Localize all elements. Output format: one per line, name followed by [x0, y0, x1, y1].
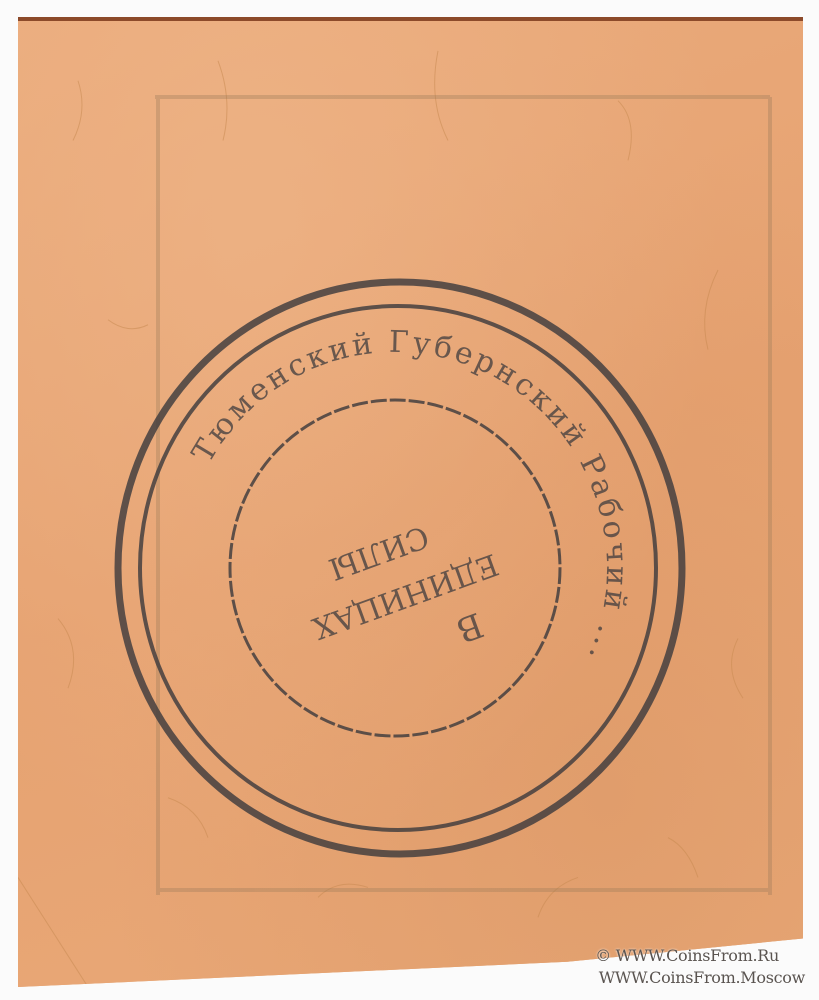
round-stamp — [118, 282, 682, 854]
watermark-line-2: WWW.CoinsFrom.Moscow — [599, 968, 805, 987]
watermark-line-1: © WWW.CoinsFrom.Ru — [595, 946, 779, 965]
stamp-text: Тюменский Губернский Рабочий ... В ЕДИНИ… — [185, 325, 634, 697]
stamp-line-1: В — [451, 604, 488, 650]
stamp-ring-text: Тюменский Губернский Рабочий ... — [185, 325, 634, 670]
svg-text:Тюменский Губернский Рабочий .: Тюменский Губернский Рабочий ... — [185, 325, 634, 670]
stamp-layer: Тюменский Губернский Рабочий ... В ЕДИНИ… — [0, 0, 819, 1000]
